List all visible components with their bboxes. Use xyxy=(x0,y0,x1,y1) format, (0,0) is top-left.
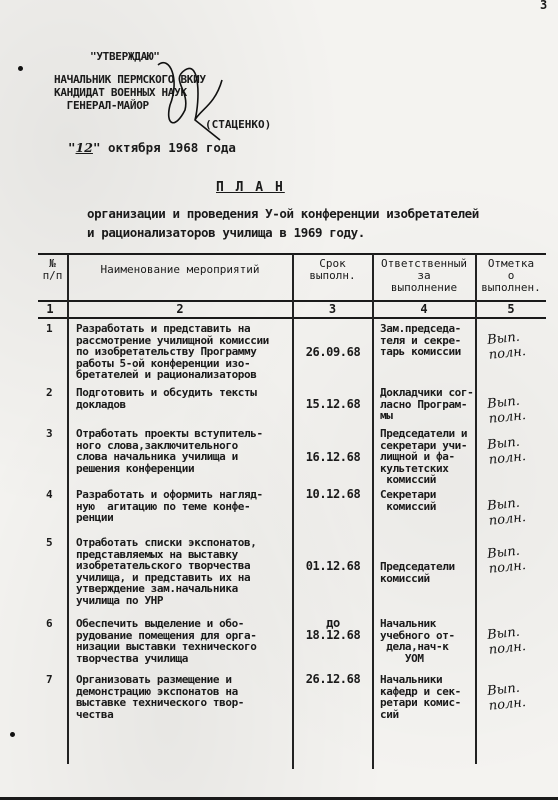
row-term: 01.12.68 xyxy=(293,561,373,573)
punch-hole-mark xyxy=(10,732,15,737)
row-number: 4 xyxy=(46,489,52,501)
page-number: 3 xyxy=(540,0,547,12)
row-term: до 18.12.68 xyxy=(293,618,373,641)
row-completion-mark: Вып. полн. xyxy=(487,543,527,577)
header-term: Срок выполн. xyxy=(293,258,372,282)
row-completion-mark: Вып. полн. xyxy=(487,624,527,658)
row-number: 7 xyxy=(46,674,52,686)
row-number: 1 xyxy=(46,323,52,335)
approval-date: "12" октября 1968 года xyxy=(68,140,236,155)
row-activity: Организовать размещение и демонстрацию э… xyxy=(76,674,244,720)
row-activity: Обеспечить выделение и обо- рудование по… xyxy=(76,618,256,664)
row-number: 5 xyxy=(46,537,52,549)
approval-line-3: ГЕНЕРАЛ-МАЙОР xyxy=(54,99,149,112)
row-activity: Подготовить и обсудить тексты докладов xyxy=(76,387,256,410)
subtitle-line-2: и рационализаторов училища в 1969 году. xyxy=(87,225,365,240)
row-completion-mark: Вып. полн. xyxy=(487,495,527,529)
row-term: 10.12.68 xyxy=(293,489,373,501)
document-page: 3 "УТВЕРЖДАЮ" НАЧАЛЬНИК ПЕРМСКОГО ВКИУ К… xyxy=(0,0,558,800)
subtitle-line-1: организации и проведения У-ой конференци… xyxy=(87,206,479,221)
header-name: Наименование мероприятий xyxy=(68,264,292,276)
page-title: П Л А Н xyxy=(216,180,285,195)
row-number: 6 xyxy=(46,618,52,630)
row-completion-mark: Вып. полн. xyxy=(487,680,527,714)
header-number: № п/п xyxy=(38,258,67,282)
header-responsible: Ответственный за выполнение xyxy=(373,258,475,294)
row-completion-mark: Вып. полн. xyxy=(487,329,527,363)
row-number: 2 xyxy=(46,387,52,399)
row-number: 3 xyxy=(46,428,52,440)
row-activity: Отработать списки экспонатов, представля… xyxy=(76,537,256,607)
row-term: 26.09.68 xyxy=(293,347,373,359)
row-responsible: Председатели комиссий xyxy=(380,561,455,584)
row-responsible: Зам.председа- теля и секре- тарь комисси… xyxy=(380,323,461,358)
row-term: 26.12.68 xyxy=(293,674,373,686)
row-activity: Разработать и оформить нагляд- ную агита… xyxy=(76,489,263,524)
row-responsible: Докладчики сог- ласно Програм- мы xyxy=(380,387,473,422)
signature-icon xyxy=(140,50,230,145)
row-activity: Разработать и представить на рассмотрени… xyxy=(76,323,269,381)
row-activity: Отработать проекты вступитель- ного слов… xyxy=(76,428,263,474)
row-responsible: Начальник учебного от- дела,нач-к УОМ xyxy=(380,618,455,664)
row-completion-mark: Вып. полн. xyxy=(487,434,527,468)
row-responsible: Начальники кафедр и сек- ретари комис- с… xyxy=(380,674,461,720)
row-responsible: Председатели и секретари учи- лищной и ф… xyxy=(380,428,467,486)
row-term: 16.12.68 xyxy=(293,452,373,464)
row-responsible: Секретари комиссий xyxy=(380,489,436,512)
row-completion-mark: Вып. полн. xyxy=(487,393,527,427)
row-term: 15.12.68 xyxy=(293,399,373,411)
header-mark: Отметка о выполнен. xyxy=(475,258,547,294)
date-day: 12 xyxy=(76,140,93,155)
punch-hole-mark xyxy=(18,66,23,71)
